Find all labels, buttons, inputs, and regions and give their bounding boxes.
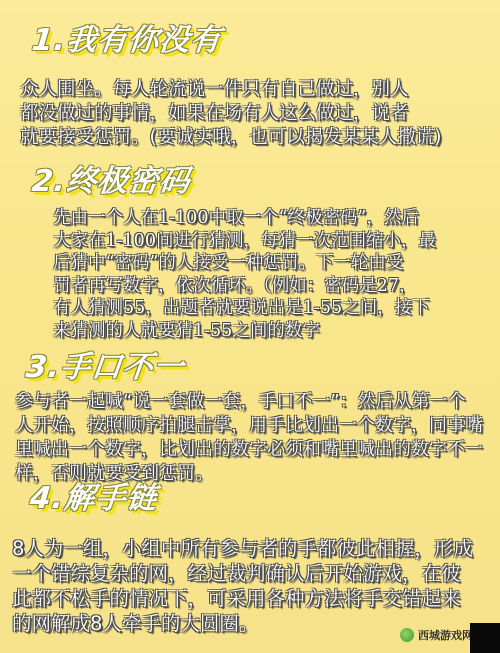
section-4-line: 8人为一组，小组中所有参与者的手都彼此相握，形成 [12, 536, 473, 561]
watermark: 西城游戏网 [400, 627, 473, 643]
section-2-line: 来猜测的人就要猜1-55之间的数字 [53, 320, 436, 343]
section-3-line: 里喊出一个数字，比划出的数字必须和嘴里喊出的数字不一 [15, 438, 483, 462]
section-4-body: 8人为一组，小组中所有参与者的手都彼此相握，形成 一个错综复杂的网，经过裁判确认… [12, 536, 473, 636]
section-2-body: 先由一个人在1-100中取一个“终极密码”，然后 大家在1-100间进行猜测，每… [53, 207, 436, 342]
section-4-line: 一个错综复杂的网，经过裁判确认后开始游戏，在彼 [12, 561, 473, 586]
section-1-line: 就要接受惩罚。(要诚实哦，也可以揭发某某人撒谎) [20, 126, 441, 150]
section-4-line: 此都不松手的情况下，可采用各种方法将手交错起来 [12, 586, 473, 611]
section-1-body: 众人围坐。每人轮流说一件只有自己做过，别人 都没做过的事情，如果在场有人这么做过… [20, 78, 441, 150]
section-1-line: 众人围坐。每人轮流说一件只有自己做过，别人 [20, 78, 441, 102]
section-3-body: 参与者一起喊“说一套做一套，手口不一”：然后从第一个 人开始，按照顺序拍腿击掌，… [15, 390, 483, 486]
section-3-heading: 3.手口不一 [24, 353, 185, 383]
section-2-line: 大家在1-100间进行猜测，每猜一次范围缩小，最 [53, 230, 436, 253]
corner-block [470, 623, 500, 653]
section-3-line: 人开始，按照顺序拍腿击掌，用手比划出一个数字，同事嘴 [15, 414, 483, 438]
section-1-line: 都没做过的事情，如果在场有人这么做过，说者 [20, 102, 441, 126]
section-4-heading: 4.解手链 [28, 484, 158, 514]
section-2-line: 先由一个人在1-100中取一个“终极密码”，然后 [53, 207, 436, 230]
leaf-logo-icon [400, 628, 414, 642]
section-2-heading: 2.终极密码 [30, 167, 191, 197]
watermark-text: 西城游戏网 [418, 627, 473, 643]
section-1-heading: 1.我有你没有 [30, 26, 222, 56]
section-3-line: 参与者一起喊“说一套做一套，手口不一”：然后从第一个 [15, 390, 483, 414]
section-2-line: 有人猜测55，出题者就要说出是1-55之间，接下 [53, 297, 436, 320]
section-2-line: 后猜中“密码”的人接受一种惩罚。下一轮由受 [53, 252, 436, 275]
section-2-line: 罚者再写数字，依次循环。（例如：密码是27， [53, 275, 436, 298]
